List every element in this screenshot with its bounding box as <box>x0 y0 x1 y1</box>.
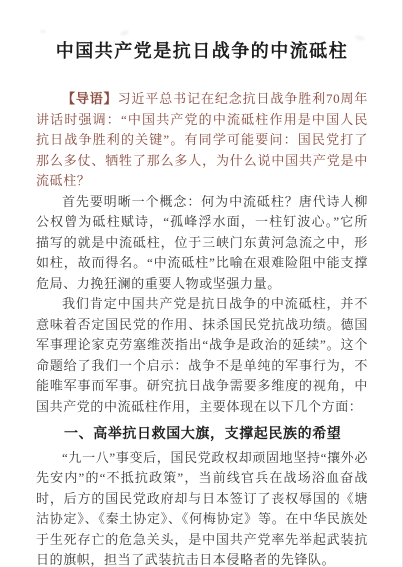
page-title: 中国共产党是抗日战争的中流砥柱 <box>36 37 368 63</box>
intro-paragraph: 【导语】习近平总书记在纪念抗日战争胜利70周年讲话时强调：“中国共产党的中流砥柱… <box>36 89 368 192</box>
body-paragraph: 首先要明晰一个概念：何为中流砥柱？唐代诗人柳公权曾为砥柱赋诗，“孤峰浮水面，一柱… <box>36 192 368 295</box>
section-paragraph: “九一八”事变后，国民党政权却顽固地坚持“攘外必先安内”的“不抵抗政策”，当前线… <box>36 448 368 567</box>
body-paragraph: 我们肯定中国共产党是抗日战争的中流砥柱，并不意味着否定国民党的作用、抹杀国民党抗… <box>36 294 368 417</box>
scan-smudge <box>120 30 130 37</box>
intro-label: 【导语】 <box>62 91 118 106</box>
document-page: 中国共产党是抗日战争的中流砥柱 【导语】习近平总书记在纪念抗日战争胜利70周年讲… <box>0 0 403 567</box>
section-heading: 一、高举抗日救国大旗，支撑起民族的希望 <box>36 423 368 444</box>
scan-smudge <box>40 30 46 33</box>
